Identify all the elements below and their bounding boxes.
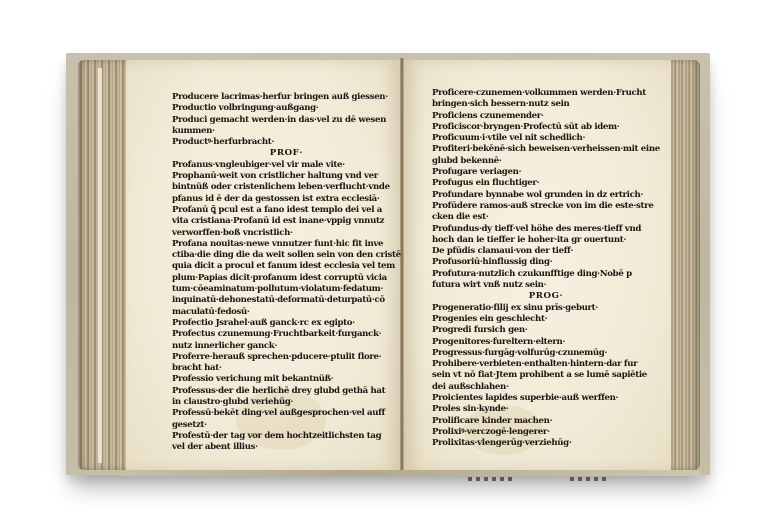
- edge-highlight: [98, 68, 102, 463]
- glossary-line: tum·cōeaminatum·pollutum·violatum·fedatu…: [172, 284, 401, 295]
- glossary-line: Profiteri·bekēnē·sich beweisen·verheisse…: [432, 144, 660, 155]
- glossary-line: Prolixitas·vlengerūg·verziehūg·: [432, 438, 660, 449]
- glossary-line: Professū·bekēt ding·vel außgesprochen·ve…: [172, 408, 401, 419]
- glossary-line: Progeneratio·filij ex sinu prīs·geburt·: [432, 303, 660, 314]
- glossary-line: Profūdere ramos·auß strecke von im die e…: [432, 201, 660, 212]
- glossary-line: Profana nouitas·newe vnnutzer funt·hic f…: [172, 239, 401, 250]
- left-page-text: Producere lacrimas·herfur bringen auß gi…: [172, 92, 401, 454]
- glossary-line: Profestū·der tag vor dem hochtzeitlichst…: [172, 431, 401, 442]
- glossary-line: Produci gemacht werden·in das·vel zu dē …: [172, 115, 401, 126]
- glossary-line: vita cristiana·Profanū id est inane·vppi…: [172, 216, 401, 227]
- glossary-line: pfanus id ē der da gestossen ist extra e…: [172, 194, 401, 205]
- section-heading: PROF·: [172, 148, 401, 159]
- glossary-line: Profundare bynnabe wol grunden in dz ert…: [432, 190, 660, 201]
- glossary-line: Profanū ꝗ̄ pcul est a fano idest templo …: [172, 205, 401, 216]
- glossary-line: hoch dan ie tieffer ie hoher·ita gr ouer…: [432, 235, 660, 246]
- glossary-line: Proficiens czunemender·: [432, 111, 660, 122]
- glossary-line: gesetzt·: [172, 420, 401, 431]
- glossary-line: inquinatū·dehonestatū·deformatū·deturpat…: [172, 295, 401, 306]
- glossary-line: Professio verichung mit bekantnüß·: [172, 374, 401, 385]
- glossary-line: Producere lacrimas·herfur bringen auß gi…: [172, 92, 401, 103]
- glossary-line: Profutura·nutzlich czukunfftige ding·Nob…: [432, 269, 660, 280]
- glossary-line: Progenies ein geschlecht·: [432, 314, 660, 325]
- right-page-text: Proficere·czunemen·volkummen werden·Fruc…: [432, 88, 660, 450]
- glossary-line: Prohibere·verbieten·enthalten·hintern·da…: [432, 359, 660, 370]
- section-heading: PROG·: [432, 291, 660, 302]
- glossary-line: Profectio Jsrahel·auß ganck·rc ex egipto…: [172, 318, 401, 329]
- glossary-line: dei außschlahen·: [432, 382, 660, 393]
- glossary-line: futura wirt vnß nutz sein·: [432, 280, 660, 291]
- glossary-line: nutz innerlicher ganck·: [172, 341, 401, 352]
- glossary-line: Proficuum·i·vtile vel nit schedlich·: [432, 133, 660, 144]
- glossary-line: Profugus ein fluchtiger·: [432, 178, 660, 189]
- glossary-line: bringen·sich bessern·nutz sein: [432, 99, 660, 110]
- glossary-line: Proficiscor·bryngen·Profectū sūt ab idem…: [432, 122, 660, 133]
- glossary-line: vel der abent illius·: [172, 442, 401, 453]
- glossary-line: Proferre·herauß sprechen·pducere·ptulit …: [172, 352, 401, 363]
- glossary-line: Professus·der die herlichē drey glubd ge…: [172, 386, 401, 397]
- glossary-line: Prophanū·weit von cristlicher haltung vn…: [172, 171, 401, 182]
- glossary-line: Prolixiꝰ·verczogē·lengerer·: [432, 427, 660, 438]
- glossary-line: Profectus czunemung·Fruchtbarkeit·furgan…: [172, 329, 401, 340]
- glossary-line: glubd bekennē·: [432, 156, 660, 167]
- glossary-line: kummen·: [172, 126, 401, 137]
- glossary-line: Proficere·czunemen·volkummen werden·Fruc…: [432, 88, 660, 99]
- edge-marks: [468, 477, 512, 481]
- glossary-line: Profanus·vngleubiger·vel vir male vite·: [172, 160, 401, 171]
- glossary-line: cken die est·: [432, 212, 660, 223]
- glossary-line: De pfūdis clamaui·von der tieff·: [432, 246, 660, 257]
- glossary-line: verworffen·boß vncristlich·: [172, 228, 401, 239]
- glossary-line: quia dicit a procul et fanum idest eccle…: [172, 261, 401, 272]
- glossary-line: plum·Papias dicit·profanum idest corrupt…: [172, 273, 401, 284]
- glossary-line: bintnüß oder cristenlichem leben·verfluc…: [172, 182, 401, 193]
- glossary-line: bracht hat·: [172, 363, 401, 374]
- glossary-line: Progenitores·fureltern·eltern·: [432, 337, 660, 348]
- glossary-line: Progredi fursich gen·: [432, 325, 660, 336]
- glossary-line: Productꝰ·herfurbracht·: [172, 137, 401, 148]
- glossary-line: Productio volbringung·außgang·: [172, 103, 401, 114]
- glossary-line: ctiba·die ding die da weit sollen sein v…: [172, 250, 401, 261]
- edge-marks: [570, 477, 606, 481]
- glossary-line: in claustro·glubd veriehüg·: [172, 397, 401, 408]
- glossary-line: Proicientes lapides superbie·auß werffen…: [432, 393, 660, 404]
- right-page-edges: [670, 60, 700, 470]
- bottom-page-edge: [120, 470, 700, 476]
- glossary-line: Profundus·dy tieff·vel höhe des meres·ti…: [432, 224, 660, 235]
- glossary-line: Profugare veriagen·: [432, 167, 660, 178]
- left-page-edges: [78, 60, 132, 470]
- glossary-line: sein vt nō fiat·Jtem prohibent a se lumē…: [432, 370, 660, 381]
- glossary-line: Proles sin·kynde·: [432, 404, 660, 415]
- glossary-line: Progressus·furgāg·volfurūg·czunemūg·: [432, 348, 660, 359]
- glossary-line: Profusoriū·hinflussig ding·: [432, 257, 660, 268]
- glossary-line: Prolificare kinder machen·: [432, 416, 660, 427]
- glossary-line: maculatū·fedosū·: [172, 307, 401, 318]
